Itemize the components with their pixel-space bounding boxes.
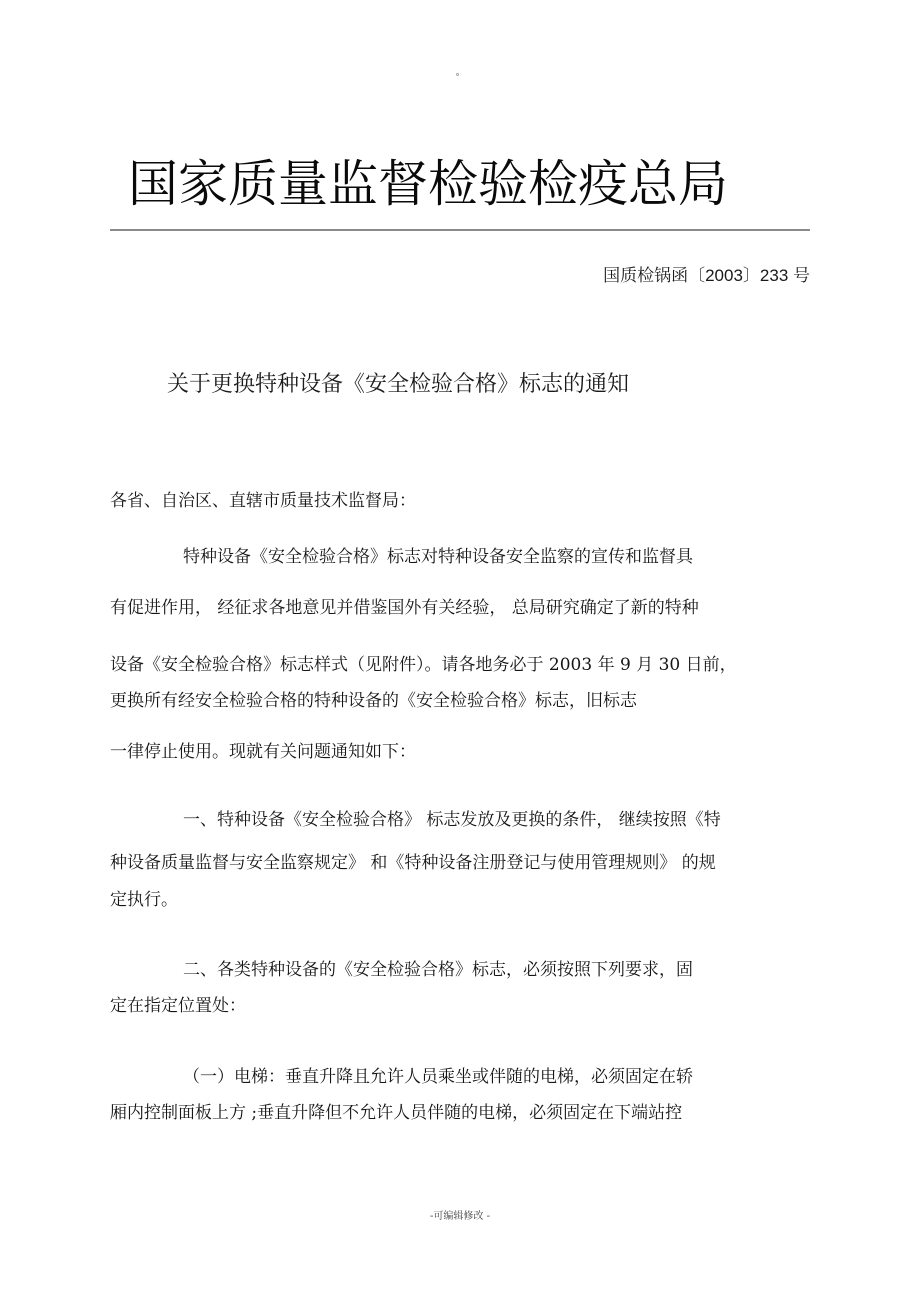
page-marker-dot <box>456 73 459 76</box>
salutation: 各省、自治区、直辖市质量技术监督局： <box>110 489 416 513</box>
document-title: 关于更换特种设备《安全检验合格》标志的通知 <box>167 370 629 400</box>
header-divider <box>110 229 810 231</box>
section-two-line: 二、各类特种设备的《安全检验合格》标志，必须按照下列要求，固 <box>183 958 693 982</box>
paragraph-line: 有促进作用， 经征求各地意见并借鉴国外有关经验， 总局研究确定了新的特种 <box>110 596 699 620</box>
issuing-organization-title: 国家质量监督检验检疫总局 <box>128 152 728 216</box>
paragraph-line: 设备《安全检验合格》标志样式（见附件）。请各地务必于 2003 年 9 月 30… <box>110 653 737 677</box>
section-one-line: 种设备质量监督与安全监察规定》 和《特种设备注册登记与使用管理规则》 的规 <box>110 851 716 875</box>
subsection-elevator-line: （一）电梯：垂直升降且允许人员乘坐或伴随的电梯，必须固定在轿 <box>183 1065 693 1089</box>
subsection-elevator-line: 厢内控制面板上方 ;垂直升降但不允许人员伴随的电梯，必须固定在下端站控 <box>110 1101 682 1125</box>
section-one-line: 定执行。 <box>110 888 178 912</box>
document-number: 国质检锅函〔2003〕233 号 <box>603 264 810 288</box>
section-two-line: 定在指定位置处： <box>110 994 246 1018</box>
paragraph-line: 特种设备《安全检验合格》标志对特种设备安全监察的宣传和监督具 <box>183 545 693 569</box>
paragraph-line: 更换所有经安全检验合格的特种设备的《安全检验合格》标志，旧标志 <box>110 689 637 713</box>
section-one-line: 一、特种设备《安全检验合格》 标志发放及更换的条件， 继续按照《特 <box>183 808 721 832</box>
page-footer: -可编辑修改 - <box>0 1210 920 1224</box>
paragraph-line: 一律停止使用。现就有关问题通知如下： <box>110 740 416 764</box>
